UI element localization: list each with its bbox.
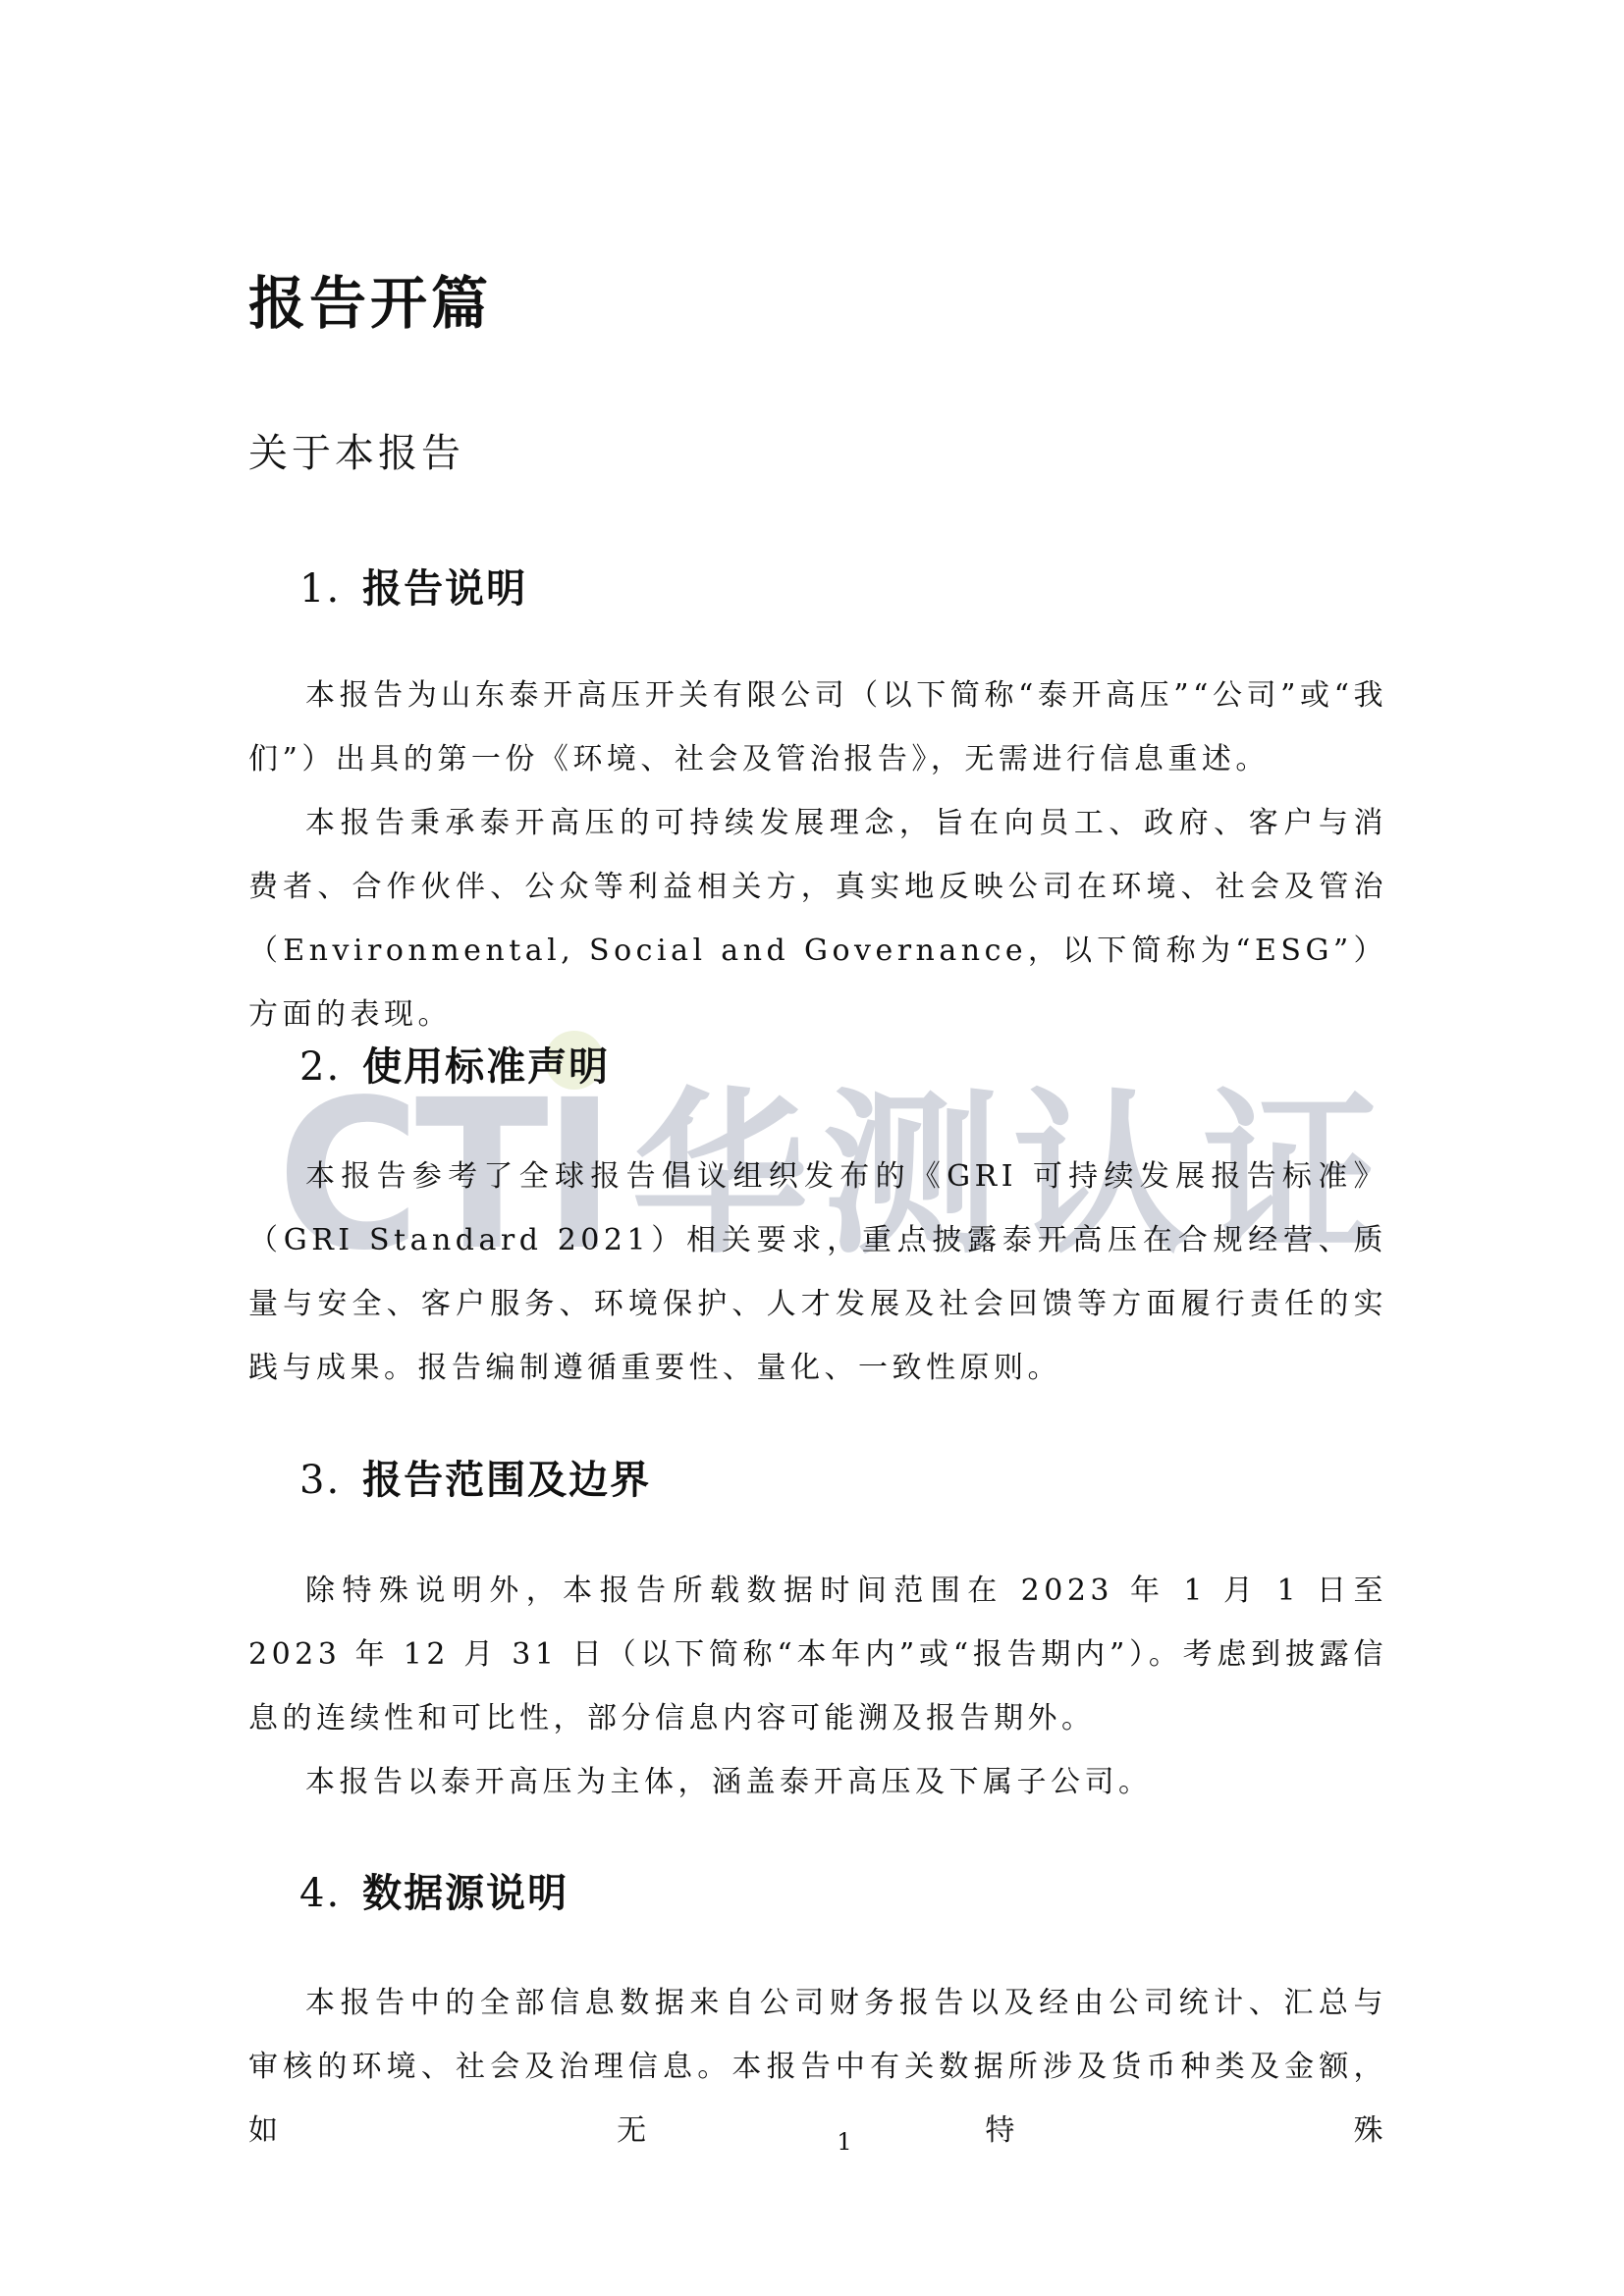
- section-heading-4: 4.数据源说明: [299, 1862, 568, 1918]
- paragraph: 本报告为山东泰开高压开关有限公司（以下简称“泰开高压”“公司”或“我们”）出具的…: [248, 664, 1387, 791]
- section-heading-1: 1.报告说明: [299, 558, 527, 614]
- section-number: 1.: [299, 566, 341, 612]
- section-heading-text: 数据源说明: [362, 1871, 568, 1916]
- section-number: 4.: [299, 1871, 341, 1916]
- section-number: 3.: [299, 1458, 341, 1503]
- section-heading-text: 报告范围及边界: [362, 1458, 651, 1503]
- paragraph: 本报告参考了全球报告倡议组织发布的《GRI 可持续发展报告标准》（GRI Sta…: [248, 1145, 1387, 1400]
- section-number: 2.: [299, 1044, 341, 1090]
- paragraph: 本报告秉承泰开高压的可持续发展理念，旨在向员工、政府、客户与消费者、合作伙伴、公…: [248, 791, 1387, 1046]
- page-title: 报告开篇: [248, 257, 492, 340]
- section-subtitle: 关于本报告: [248, 422, 464, 478]
- section-heading-text: 使用标准声明: [362, 1044, 610, 1090]
- document-page: 报告开篇 关于本报告 1.报告说明 本报告为山东泰开高压开关有限公司（以下简称“…: [0, 0, 1624, 2296]
- section-heading-2: 2.使用标准声明: [299, 1036, 610, 1092]
- paragraph: 本报告以泰开高压为主体，涵盖泰开高压及下属子公司。: [248, 1750, 1387, 1814]
- section-heading-3: 3.报告范围及边界: [299, 1449, 651, 1505]
- section-heading-text: 报告说明: [362, 566, 527, 612]
- paragraph: 除特殊说明外，本报告所载数据时间范围在 2023 年 1 月 1 日至 2023…: [248, 1559, 1387, 1750]
- page-number: 1: [0, 2128, 1624, 2156]
